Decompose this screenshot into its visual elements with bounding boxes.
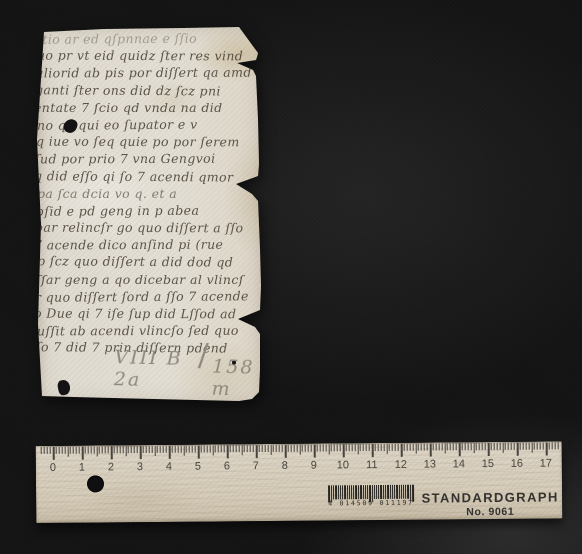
script-line: entate 7 ſcio qd vnda na did — [36, 99, 259, 116]
barcode-bar — [338, 485, 339, 499]
model-label: No. 9061 — [421, 505, 559, 518]
ruler: 01234567891011121314151617 4 014509 0111… — [36, 441, 563, 523]
barcode-bar — [403, 485, 404, 499]
ruler-number: 2 — [101, 461, 121, 473]
script-line: bar relincſr go quo diſſert a ſſo — [36, 219, 260, 237]
ruler-number: 1 — [72, 462, 92, 474]
brand-label: STANDARDGRAPH — [421, 489, 559, 505]
script-line: ſſar geng a qo dicebar al vlincſ — [36, 271, 261, 288]
barcode-bar — [374, 485, 375, 499]
ruler-number: 13 — [420, 458, 440, 470]
script-line: r quo diſſert ſord a ſſo 7 acende — [36, 287, 260, 306]
ruler-number: 17 — [536, 457, 556, 469]
barcode-bar — [392, 485, 393, 499]
shelfmark-slash: / — [198, 343, 209, 367]
manuscript-text: ptio ar ed qſpnnae e ſſio uo pr vt eid q… — [36, 30, 261, 366]
script-line: uo pr vt eid quidz ſter res vind — [37, 47, 261, 65]
ruler-number: 3 — [130, 461, 150, 473]
parchment-surface: ptio ar ed qſpnnae e ſſio uo pr vt eid q… — [34, 24, 266, 406]
barcode-bar — [342, 485, 343, 499]
barcode-bar — [351, 485, 352, 499]
barcode-bar — [387, 485, 389, 499]
ruler-number: 11 — [362, 459, 382, 471]
script-line: ſud por prio 7 vna Gengvoi — [36, 150, 260, 168]
ruler-number: 0 — [43, 462, 63, 474]
barcode-bar — [358, 485, 359, 499]
script-line: ptio ar ed qſpnnae e ſſio — [36, 30, 259, 48]
shelfmark-number: VIII B 2a — [114, 346, 195, 392]
script-line: bſid e pd geng in p abea — [36, 201, 261, 220]
script-line: aliorid ab pis por diſſert qa amd — [36, 64, 261, 82]
barcode-bar — [353, 485, 354, 499]
barcode-bar — [365, 485, 366, 499]
script-line: p ſcz quo diſſert a did dod qd — [37, 253, 261, 272]
script-line: ganti ſter ons did dz ſcz pni — [36, 81, 260, 100]
shelfmark-suffix: 158 m — [211, 356, 266, 401]
ruler-number: 12 — [391, 459, 411, 471]
barcode-bar — [363, 485, 364, 499]
ruler-number: 7 — [246, 460, 266, 472]
barcode-bar — [347, 485, 348, 499]
ruler-number: 6 — [217, 460, 237, 472]
barcode-bar — [383, 485, 384, 499]
barcode-bar — [380, 485, 382, 499]
ruler-number: 16 — [507, 458, 527, 470]
barcode-bar — [385, 485, 386, 499]
script-line: q iue vo ſeq quie po por ſerem — [36, 133, 261, 151]
ruler-number: 4 — [159, 461, 179, 473]
barcode-bar — [394, 485, 395, 499]
ruler-number: 9 — [304, 459, 324, 471]
ruler-number: 15 — [478, 458, 498, 470]
barcode-bar — [355, 485, 357, 499]
shelfmark: VIII B 2a / 158 m — [113, 346, 266, 401]
barcode-bar — [399, 485, 400, 499]
ruler-number: 8 — [275, 460, 295, 472]
script-line: 7 acende dico anſind pi (rue — [36, 236, 259, 254]
script-line: q did eſſo qi ſo 7 acendi qmor — [36, 167, 259, 186]
barcode-bar — [390, 485, 391, 499]
ruler-number: 5 — [188, 460, 208, 472]
barcode-bar — [396, 485, 398, 499]
barcode-bar — [349, 485, 350, 499]
manuscript-fragment: ptio ar ed qſpnnae e ſſio uo pr vt eid q… — [34, 24, 266, 406]
barcode-bar — [405, 485, 406, 499]
parchment-hole — [57, 379, 72, 396]
barcode-bar — [340, 485, 341, 499]
script-line: uſſit ab acendi vlincſo ſed quo — [37, 322, 261, 340]
barcode-bar — [378, 485, 379, 499]
barcode-bar — [407, 485, 409, 499]
barcode: 4 014509 011197 — [328, 485, 416, 508]
ruler-number: 10 — [333, 459, 353, 471]
barcode-bar — [360, 485, 362, 499]
script-line: pa ſca dcia vo q. et a — [37, 185, 261, 202]
barcode-bar — [401, 485, 402, 499]
ruler-number: 14 — [449, 458, 469, 470]
barcode-bar — [335, 485, 337, 499]
barcode-bar — [367, 485, 368, 499]
barcode-bar — [333, 485, 334, 499]
barcode-bar — [376, 485, 377, 499]
barcode-bar — [344, 485, 346, 499]
ruler-hanging-hole — [87, 475, 104, 492]
script-line: o Due qi 7 iſe ſup did Lſſod ad — [36, 305, 259, 323]
mount-background: ptio ar ed qſpnnae e ſſio uo pr vt eid q… — [0, 0, 582, 554]
barcode-digits: 4 014509 011197 — [328, 499, 416, 508]
